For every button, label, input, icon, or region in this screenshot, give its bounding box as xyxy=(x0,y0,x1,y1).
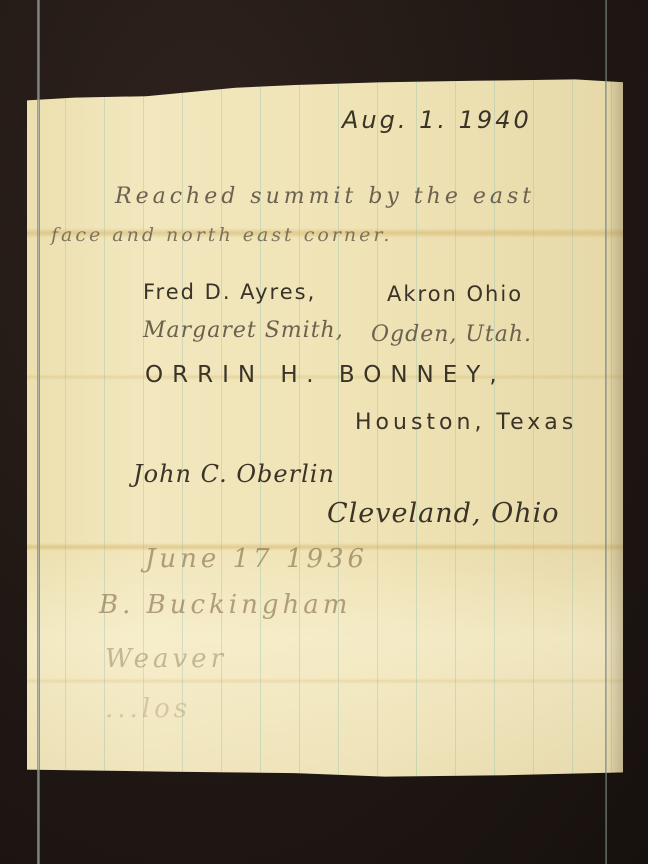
climber-4-place: Cleveland, Ohio xyxy=(327,498,560,529)
faded-entry-date: June 17 1936 xyxy=(145,544,368,574)
fold-crease xyxy=(27,678,623,684)
faded-entry-line-2: Weaver xyxy=(105,644,227,674)
faded-entry-line-1: B. Buckingham xyxy=(99,590,351,620)
glass-edge-left xyxy=(37,0,40,864)
climber-2-name: Margaret Smith, xyxy=(143,318,344,343)
climber-1-place: Akron Ohio xyxy=(387,282,523,306)
entry-date: Aug. 1. 1940 xyxy=(342,106,532,134)
climber-2-place: Ogden, Utah. xyxy=(371,322,532,347)
climber-3-name: ORRIN H. BONNEY, xyxy=(145,362,506,388)
note-line-1: Reached summit by the east xyxy=(115,184,535,209)
climber-4-name: John C. Oberlin xyxy=(133,460,335,488)
climber-3-place: Houston, Texas xyxy=(355,410,577,435)
climber-1-name: Fred D. Ayres, xyxy=(143,280,316,304)
faded-entry-line-3: ...los xyxy=(105,694,191,724)
note-line-2: face and north east corner. xyxy=(51,224,392,246)
glass-edge-right xyxy=(605,0,607,864)
register-paper: Aug. 1. 1940 Reached summit by the east … xyxy=(27,78,623,778)
paper-edge-shadow xyxy=(605,78,623,778)
